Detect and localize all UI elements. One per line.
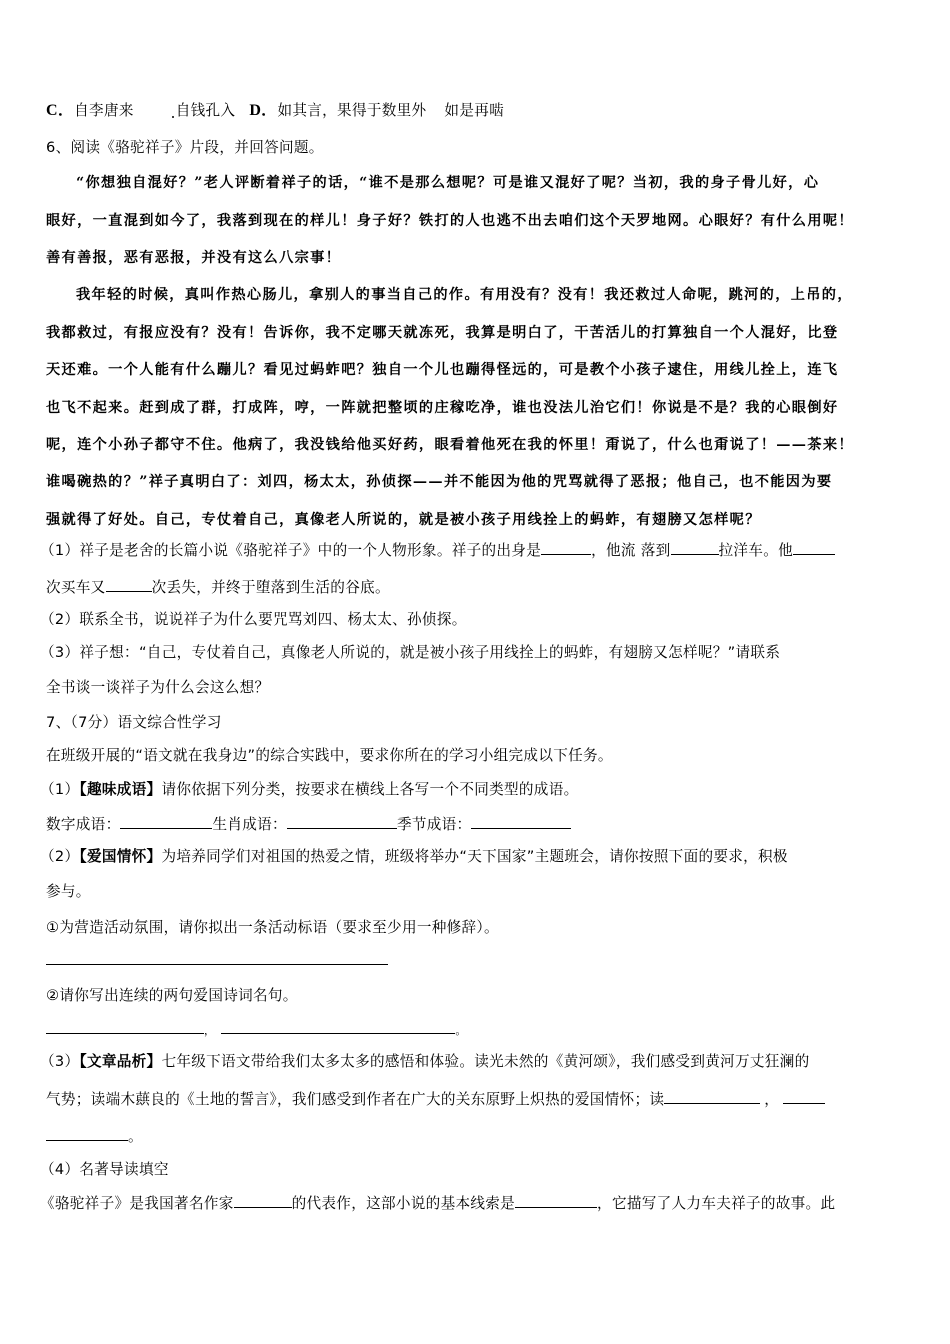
q7-sub3-line3: 。 <box>46 1126 143 1147</box>
q7-sub3-text: 七年级下语文带给我们太多太多的感悟和体验。读光未然的《黄河颂》，我们感受到黄河万… <box>161 1053 809 1070</box>
article-feeling-blank-cont[interactable] <box>46 1126 128 1141</box>
idiom-label-zodiac: 生肖成语： <box>212 816 286 833</box>
comma: ， <box>764 1091 779 1108</box>
q7-sub2-text: 为培养同学们对祖国的热爱之情，班级将举办“天下国家”主题班会，请你按照下面的要求… <box>161 848 787 865</box>
q7-sub4-line1: 《骆驼祥子》是我国著名作家的代表作，这部小说的基本线索是，它描写了人力车夫祥子的… <box>40 1193 835 1214</box>
q7-sub4-text: ，它描写了人力车夫祥子的故事。此 <box>597 1195 835 1212</box>
q6-sub1-line1: （1）祥子是老舍的长篇小说《骆驼祥子》中的一个人物形象。祥子的出身是，他流 落到… <box>40 540 835 561</box>
q6-sub1-text: ，他流 落到 <box>591 542 670 559</box>
q7-intro: 在班级开展的“语文就在我身边”的综合实践中，要求你所在的学习小组完成以下任务。 <box>46 746 613 766</box>
idiom-zodiac-blank[interactable] <box>287 814 397 829</box>
q7-sub3-line2: 气势；读端木蕻良的《土地的誓言》，我们感受到作者在广大的关东原野上炽热的爱国情怀… <box>46 1089 825 1110</box>
q7-sub2-line1: （2）【爱国情怀】为培养同学们对祖国的热爱之情，班级将举办“天下国家”主题班会，… <box>40 847 788 867</box>
passage-line: 谁喝碗热的？”祥子真明白了：刘四，杨太太，孙侦探——并不能因为他的咒骂就得了恶报… <box>46 472 832 492</box>
q6-sub1-text: 拉洋车。他 <box>719 542 793 559</box>
passage-line: 天还难。一个人能有什么蹦儿？看见过蚂蚱吧？独自一个儿也蹦得怪远的，可是教个小孩子… <box>46 360 838 380</box>
article-feeling-blank[interactable] <box>783 1089 825 1104</box>
passage-line: 也飞不起来。赶到成了群，打成阵，哼，一阵就把整顷的庄稼吃净，谁也没法儿治它们！你… <box>46 398 838 418</box>
answer-blank[interactable] <box>793 540 835 555</box>
passage-line: 我都救过，有报应没有？没有！告诉你，我不定哪天就冻死，我算是明白了，干苦活儿的打… <box>46 323 838 343</box>
article-title-blank[interactable] <box>664 1089 760 1104</box>
q7-sub2-num: （2） <box>40 848 79 865</box>
q6-sub1-text: （1）祥子是老舍的长篇小说《骆驼祥子》中的一个人物形象。祥子的出身是 <box>40 542 541 559</box>
q7-sub3-text: 气势；读端木蕻良的《土地的誓言》，我们感受到作者在广大的关东原野上炽热的爱国情怀… <box>46 1091 664 1108</box>
option-c-text-1: 自李唐来 <box>74 102 134 119</box>
option-d-text-1: 如其言，果得于数里外 <box>277 102 426 119</box>
q7-sub1-text: 请你依据下列分类，按要求在横线上各写一个不同类型的成语。 <box>161 781 578 798</box>
q7-sub1-tag: 【趣味成语】 <box>79 781 161 798</box>
slogan-answer-line[interactable] <box>46 964 388 965</box>
q6-sub1-text: 次买车又 <box>46 579 106 596</box>
q7-sub4-title: （4）名著导读填空 <box>40 1160 169 1180</box>
q7-sub4-text: 《骆驼祥子》是我国著名作家 <box>40 1195 234 1212</box>
option-d-label: D． <box>249 102 277 119</box>
answer-blank[interactable] <box>671 540 719 555</box>
idiom-label-season: 季节成语： <box>397 816 471 833</box>
option-c-text-2: 自钱孔入 <box>176 102 236 119</box>
q7-idiom-row: 数字成语：生肖成语：季节成语： <box>46 814 571 835</box>
poem-answer-row: ，。 <box>46 1019 467 1041</box>
q6-sub1-text: 次丢失，并终于堕落到生活的谷底。 <box>152 579 390 596</box>
q6-sub2: （2）联系全书，说说祥子为什么要咒骂刘四、杨太太、孙侦探。 <box>40 610 467 630</box>
passage-line: 我年轻的时候，真叫作热心肠儿，拿别人的事当自己的作。有用没有？没有！我还救过人命… <box>76 285 853 305</box>
passage-line: 强就得了好处。自己，专仗着自己，真像老人所说的，就是被小孩子用线拴上的蚂蚱，有翅… <box>46 510 761 530</box>
q6-title: 6、阅读《骆驼祥子》片段，并回答问题。 <box>46 138 324 158</box>
q7-sub2-item1: ①为营造活动氛围，请你拟出一条活动标语（要求至少用一种修辞）。 <box>46 918 499 938</box>
comma: ， <box>204 1024 215 1037</box>
q7-title: 7、（7分）语文综合性学习 <box>46 713 222 733</box>
q7-sub1-num: （1） <box>40 781 79 798</box>
passage-line: 善有善报，恶有恶报，并没有这么八宗事！ <box>46 248 341 268</box>
q6-sub1-line2: 次买车又次丢失，并终于堕落到生活的谷底。 <box>46 577 390 598</box>
q6-sub3-line1: （3）祥子想：“自己，专仗着自己，真像老人所说的，就是被小孩子用线拴上的蚂蚱，有… <box>40 643 780 663</box>
clue-blank[interactable] <box>515 1193 597 1208</box>
poem-line-1-blank[interactable] <box>46 1019 204 1034</box>
idiom-label-number: 数字成语： <box>46 816 120 833</box>
dot-mark <box>172 116 174 118</box>
q6-sub3-line2: 全书谈一谈祥子为什么会这么想？ <box>46 678 269 698</box>
q7-sub3-num: （3） <box>40 1053 79 1070</box>
option-d-text-2: 如是再啮 <box>444 102 504 119</box>
q7-sub2-tag: 【爱国情怀】 <box>79 848 161 865</box>
q7-sub2-item2: ②请你写出连续的两句爱国诗词名句。 <box>46 986 298 1006</box>
idiom-season-blank[interactable] <box>471 814 571 829</box>
period: 。 <box>455 1024 466 1037</box>
answer-blank[interactable] <box>541 540 591 555</box>
q7-sub3-tag: 【文章品析】 <box>79 1053 161 1070</box>
options-line: C．自李唐来自钱孔入D．如其言，果得于数里外如是再啮 <box>46 101 504 121</box>
poem-line-2-blank[interactable] <box>221 1019 455 1034</box>
q7-sub1: （1）【趣味成语】请你依据下列分类，按要求在横线上各写一个不同类型的成语。 <box>40 780 578 800</box>
exam-page: C．自李唐来自钱孔入D．如其言，果得于数里外如是再啮 6、阅读《骆驼祥子》片段，… <box>0 0 950 1344</box>
passage-line: 眼好，一直混到如今了，我落到现在的样儿！身子好？铁打的人也逃不出去咱们这个天罗地… <box>46 211 854 231</box>
q7-sub2-line2: 参与。 <box>46 882 91 902</box>
author-blank[interactable] <box>234 1193 292 1208</box>
q7-sub3-line1: （3）【文章品析】七年级下语文带给我们太多太多的感悟和体验。读光未然的《黄河颂》… <box>40 1052 809 1072</box>
idiom-number-blank[interactable] <box>120 814 212 829</box>
option-c-label: C． <box>46 102 74 119</box>
passage-line: 呢，连个小孙子都守不住。他病了，我没钱给他买好药，眼看着他死在我的怀里！甭说了，… <box>46 435 854 455</box>
period: 。 <box>128 1128 143 1145</box>
answer-blank[interactable] <box>106 577 152 592</box>
q7-sub4-text: 的代表作，这部小说的基本线索是 <box>292 1195 515 1212</box>
passage-line: “你想独自混好？”老人评断着祥子的话，“谁不是那么想呢？可是谁又混好了呢？当初，… <box>76 173 819 193</box>
